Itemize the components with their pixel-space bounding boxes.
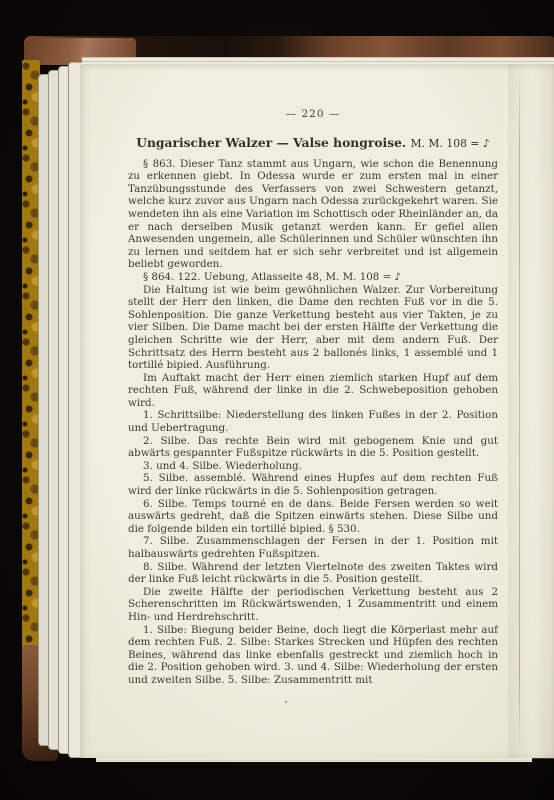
paragraph-863: § 863. Dieser Tanz stammt aus Ungarn, wi… xyxy=(128,158,498,271)
heading-tempo: M. M. 108 = ♪ xyxy=(411,137,490,150)
paragraph-zweite-haelfte: Die zweite Hälfte der periodischen Verke… xyxy=(128,586,498,624)
list-item-silbe-3-4: 3. und 4. Silbe. Wiederholung. xyxy=(128,460,498,473)
list-item-silbe-7: 7. Silbe. Zusammenschlagen der Fersen in… xyxy=(128,535,498,560)
book-page: — 220 — Ungarischer Walzer — Valse hongr… xyxy=(80,64,554,758)
heading-separator: — xyxy=(277,135,289,150)
heading-title-french: Valse hongroise. xyxy=(293,135,406,150)
section-heading: Ungarischer Walzer — Valse hongroise. M.… xyxy=(128,136,498,151)
list-item-silbe-2: 2. Silbe. Das rechte Bein wird mit gebog… xyxy=(128,435,498,460)
list-item-silbe-5: 5. Silbe. assemblé. Während eines Hupfes… xyxy=(128,472,498,497)
page-content: — 220 — Ungarischer Walzer — Valse hongr… xyxy=(128,108,498,687)
list-item-silbe-8: 8. Silbe. Während der letzten Viertelnot… xyxy=(128,561,498,586)
paragraph-haltung: Die Haltung ist wie beim gewöhnlichen Wa… xyxy=(128,284,498,372)
paragraph-silben-zweite-haelfte: 1. Silbe: Biegung beider Beine, doch lie… xyxy=(128,624,498,687)
heading-title-german: Ungarischer Walzer xyxy=(136,135,272,150)
page-speck xyxy=(285,701,287,703)
gutter-fold-line xyxy=(519,70,520,752)
gutter-shading xyxy=(508,64,554,758)
paragraph-864-heading: § 864. 122. Uebung, Atlasseite 48, M. M.… xyxy=(128,271,498,284)
photo-background: — 220 — Ungarischer Walzer — Valse hongr… xyxy=(0,0,554,800)
paragraph-auftakt: Im Auftakt macht der Herr einen ziemlich… xyxy=(128,372,498,410)
list-item-silbe-6: 6. Silbe. Temps tourné en de dans. Beide… xyxy=(128,498,498,536)
list-item-silbe-1: 1. Schrittsilbe: Niederstellung des link… xyxy=(128,409,498,434)
page-number: — 220 — xyxy=(128,108,498,121)
